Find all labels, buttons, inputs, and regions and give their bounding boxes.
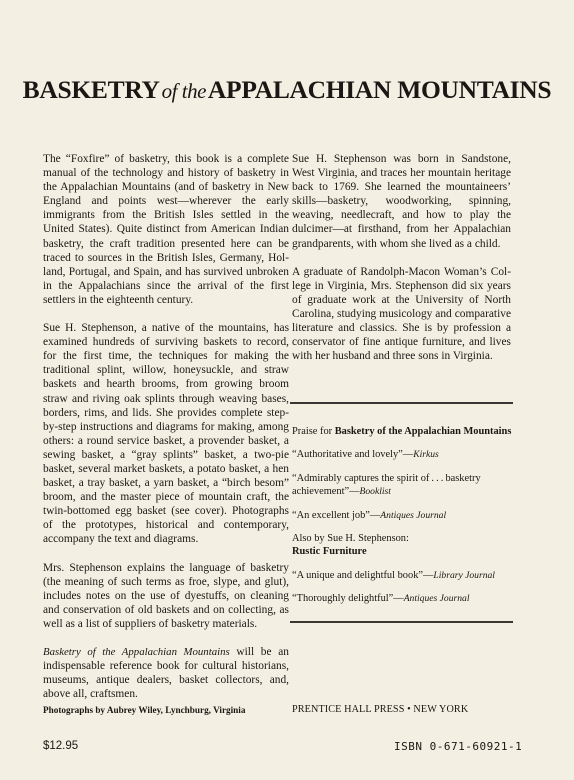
quote-source: Library Journal	[433, 570, 495, 581]
photo-credit: Photographs by Aubrey Wiley, Lynchburg, …	[43, 705, 245, 715]
author-bio-column: Sue H. Stephenson was born in Sandstone,…	[292, 152, 511, 377]
closing-paragraph: Basketry of the Appalachian Mountains wi…	[43, 645, 289, 701]
bio-paragraph: A graduate of Randolph-Macon Woman’s Col…	[292, 265, 511, 364]
title-part2: APPALACHIAN MOUNTAINS	[208, 75, 551, 104]
quote-source: Antiques Journal	[404, 593, 470, 604]
description-paragraph: Sue H. Stephenson, a native of the mount…	[43, 321, 289, 547]
also-by-book-title: Rustic Furniture	[292, 545, 512, 558]
praise-quote: “A unique and delightful book”—Library J…	[292, 569, 512, 582]
quote-source: Antiques Journal	[380, 510, 446, 521]
title-part1: BASKETRY	[23, 75, 160, 104]
bio-paragraph: Sue H. Stephenson was born in Sandstone,…	[292, 152, 511, 251]
quote-source: Kirkus	[413, 449, 439, 460]
praise-quote: “Admirably captures the spirit of . . . …	[292, 472, 512, 499]
also-by: Also by Sue H. Stephenson: Rustic Furnit…	[292, 532, 512, 559]
praise-book-title: Basketry of the Appalachian Mountains	[335, 426, 512, 437]
price: $12.95	[43, 740, 78, 752]
description-paragraph: Mrs. Stephenson explains the language of…	[43, 561, 289, 631]
divider-bottom	[290, 621, 513, 623]
praise-quote: “Authoritative and lovely”—Kirkus	[292, 448, 512, 461]
title-connector: of the	[162, 79, 206, 103]
praise-quote: “An excellent job”—Antiques Journal	[292, 509, 512, 522]
quote-source: Booklist	[360, 486, 391, 497]
praise-heading: Praise for Basketry of the Appalachian M…	[292, 425, 512, 438]
description-column: The “Foxfire” of basketry, this book is …	[43, 152, 289, 715]
book-title: BASKETRYof theAPPALACHIAN MOUNTAINS	[0, 75, 574, 105]
divider-top	[290, 402, 513, 404]
publisher: PRENTICE HALL PRESS • NEW YORK	[292, 704, 468, 715]
praise-section: Praise for Basketry of the Appalachian M…	[292, 425, 512, 616]
description-paragraph: The “Foxfire” of basketry, this book is …	[43, 152, 289, 307]
closing-book-title: Basketry of the Appalachian Mountains	[43, 646, 230, 658]
isbn: ISBN 0-671-60921-1	[394, 740, 522, 753]
praise-quote: “Thoroughly delightful”—Antiques Journal	[292, 592, 512, 605]
back-cover: BASKETRYof theAPPALACHIAN MOUNTAINS The …	[0, 0, 574, 780]
